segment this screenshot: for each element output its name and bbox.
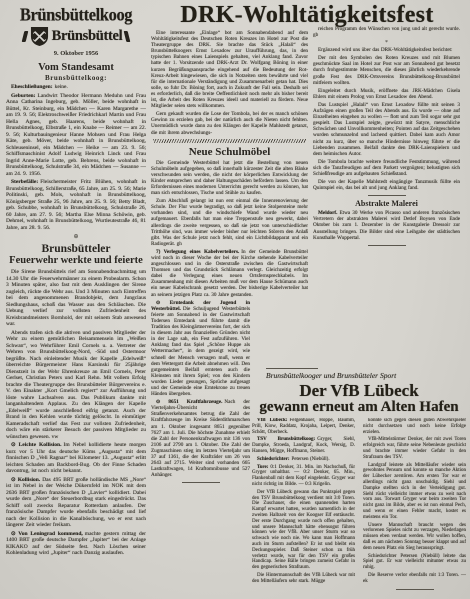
right-column: reichen Programm den Wünschen von jung u…: [313, 26, 460, 366]
newspaper-page: Brünsbüttelkoog Brünsbüttel 9. Oktober 1…: [0, 0, 470, 599]
article-paragraph: Abends trafen sich die aktiven und passi…: [6, 330, 146, 441]
sport-headline-line2: gewann erneut am Alten Hafen: [252, 399, 466, 415]
match-report-paragraph: Landgraf leistete als Mittelläufer wiede…: [363, 463, 466, 521]
left-column: Brünsbüttelkoog Brünsbüttel 9. Oktober 1…: [6, 5, 146, 595]
squiggle-separator: [153, 139, 306, 143]
match-report-paragraph: Die Reserve verlor ebenfalls mit 1:3 Tor…: [363, 573, 466, 585]
section-ornament: ⊕: [6, 233, 146, 240]
schulmoebel-heading: Neue Schulmöbel: [151, 146, 308, 158]
item-lead: 7) Verlegung eines Kabelverteilers.: [156, 249, 239, 255]
item-text: Petersen (Niebüll).: [292, 457, 330, 462]
standesamt-heading: Vom Standesamt: [6, 62, 146, 73]
feuerwehr-heading-line1: Brunsbütteler: [6, 244, 146, 255]
masthead: Brünsbüttelkoog Brünsbüttel 9. Oktober 1…: [6, 5, 146, 57]
sport-section: Brunsbüttelkooger und Brunsbütteler Spor…: [252, 368, 466, 596]
article-paragraph: Die Gemeinde Westerbüttel hat jetzt die …: [151, 160, 308, 197]
sport-headline-line1: Der VfB Lübeck: [252, 382, 466, 399]
news-item-collision: ⊙ Kollision.Das 495 BRT große holländisc…: [6, 477, 146, 529]
sport-rubric: Brunsbüttelkooger und Brunsbütteler Spor…: [266, 371, 466, 380]
section-rule: [182, 482, 220, 483]
news-item-erntedank: ⊙ Erntedank der Jugend in Westerbüttel.D…: [151, 300, 250, 398]
match-report-paragraph: Unsere Mannschaft braucht wegen des verl…: [363, 523, 466, 552]
sport-columns: VfB Lübeck:Felgenhauer, Hoppe, Baumm, Pr…: [252, 418, 466, 593]
referee-line: Schiedsrichter:Petersen (Niebüll).: [252, 457, 355, 463]
item-lead: Tore:: [257, 465, 268, 470]
masthead-title-line1: Brünsbüttelkoog: [6, 5, 146, 26]
item-lead: ⊙ Kollision.: [11, 477, 40, 483]
rubric-rule: [266, 368, 318, 369]
malerei-heading: Abstrakte Malerei: [313, 199, 460, 208]
item-lead: ⊙ Von Leningrad kommend,: [11, 531, 83, 537]
news-item-kabelverteiler: 7) Verlegung eines Kabelverteilers.In de…: [151, 249, 308, 298]
item-lead: VfB Lübeck:: [257, 418, 287, 423]
item-text: Das 495 BRT große holländische MS „Nore“…: [6, 477, 146, 529]
middle-column-narrow: ⊙ Erntedank der Jugend in Westerbüttel.D…: [151, 300, 250, 484]
item-lead: Geburten:: [11, 93, 35, 99]
item-text: In der Gemeinde Brunsbüttel wird noch in…: [151, 249, 308, 298]
drk-article-paragraph: Der mit den Symbolen des Roten Kreuzes u…: [313, 55, 460, 85]
feuerwehr-heading-line2: Feuerwehr werkte und feierte: [6, 255, 146, 266]
article-paragraph: Zum Abschluß gelangt ist nun erst einmal…: [151, 198, 308, 247]
item-text: Nach der Vierteljahrs-Übersicht des Stra…: [151, 399, 250, 478]
match-report-paragraph: Die Hintermannschaft des VfB Lübeck war …: [252, 573, 355, 585]
drk-article-paragraph: Gern gekauft wurden die Lose der Tombola…: [151, 111, 308, 135]
section-rule: [368, 245, 406, 246]
section-rule: [396, 589, 434, 590]
lineup-vfb: VfB Lübeck:Felgenhauer, Hoppe, Baumm, Pr…: [252, 418, 355, 435]
drk-article-paragraph: reichen Programm den Wünschen von jung u…: [313, 26, 460, 38]
item-lead: TSV Brunsbüttelkoog:: [257, 437, 315, 442]
match-report-paragraph: VfB-Mittelstürmer Denker, der mit zwei T…: [363, 437, 466, 460]
sport-column-right: konnte sich gegen diesen guten Abwehrspi…: [363, 418, 466, 593]
drk-article-paragraph: Die von der Kapelle Mahlstedt eingängige…: [313, 179, 460, 191]
match-report-paragraph: Der VfB Lübeck gewann das Punktspiel geg…: [252, 490, 355, 571]
standesamt-item-deaths: Sterbefälle:Fleischermeister Fritz Blühe…: [6, 179, 146, 231]
standesamt-place: Brunsbüttelkoog:: [6, 74, 146, 82]
drk-article-paragraph: Das Lustspiel „Halali“ von Ernst Lexadow…: [313, 102, 460, 157]
sport-column-left: VfB Lübeck:Felgenhauer, Hoppe, Baumm, Pr…: [252, 418, 355, 593]
drk-article-paragraph: Eingeleitet durch Musik, eröffnete das J…: [313, 88, 460, 100]
masthead-title-row: Brünsbüttel: [6, 26, 146, 47]
item-text: Landwirt Theodor Hermann Meduhn und Frau…: [6, 93, 146, 177]
ornament-right: [124, 31, 131, 42]
item-text: keine.: [55, 84, 68, 90]
item-text: Fleischermeister Fritz Blühen, wohnhaft …: [6, 179, 146, 231]
star-separator: *: [313, 40, 460, 46]
item-lead: Sterbefälle:: [11, 179, 38, 185]
drk-article-paragraph: Ergänzend wird uns über das DRK-Wohltäti…: [313, 47, 460, 53]
item-lead: Schiedsrichter:: [257, 457, 290, 462]
masthead-date: 9. Oktober 1956: [6, 50, 146, 57]
standesamt-item-marriages: Eheschließungen:keine.: [6, 84, 146, 91]
match-report-paragraph: Schiedsrichter Petersen (Niebüll) leitet…: [363, 554, 466, 571]
goals-line: Tore:0:1 Denker, 31. Min. im Nachschuß, …: [252, 465, 355, 488]
item-text: Die Schuljugend Westerbüttels feierte am…: [151, 306, 250, 397]
lineup-tsv: TSV Brunsbüttelkoog:Gryger, Siehl, Dampk…: [252, 437, 355, 454]
drk-headline: DRK-Wohltätigkeitsfest: [148, 2, 466, 29]
article-paragraph: Die Sirene Brunsbüttels rief am Sonnaben…: [6, 269, 146, 328]
standesamt-item-births: Geburten:Landwirt Theodor Hermann Meduhn…: [6, 93, 146, 178]
item-lead: ⊙ Leichte Kollision.: [11, 442, 62, 448]
drk-article-paragraph: Eine interessante „Einlage“ bot am Sonna…: [151, 30, 308, 109]
news-item-kraftfahrzeuge: ⊙ 8651 Kraftfahrzeuge.Nach der Viertelja…: [151, 399, 250, 478]
section-rule: [368, 195, 406, 196]
ornament-left: [21, 31, 28, 42]
news-item-leningrad: ⊙ Von Leningrad kommend,machte gestern m…: [6, 531, 146, 557]
news-item-malerei: Meldorf.Etwa 30 Werke von Picasso und an…: [313, 210, 460, 240]
coat-of-arms-icon: [30, 26, 49, 47]
match-report-paragraph: konnte sich gegen diesen guten Abwehrspi…: [363, 418, 466, 435]
item-lead: Eheschließungen:: [11, 84, 53, 90]
drk-article-paragraph: Die Tombola brachte weitere freundliche …: [313, 159, 460, 177]
masthead-title-line2: Brünsbüttel: [52, 28, 123, 45]
news-item-collision-light: ⊙ Leichte Kollision.Im Nebel kollidierte…: [6, 442, 146, 475]
